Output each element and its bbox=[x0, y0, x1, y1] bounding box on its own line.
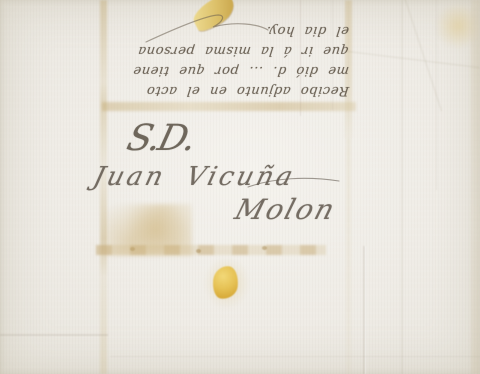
stain-speckle bbox=[196, 249, 201, 253]
letter-scan: Recibo adjunto en el acto me dió d. ... … bbox=[0, 0, 480, 374]
note-line: Recibo adjunto en el acto bbox=[102, 80, 350, 100]
recipient-flourish bbox=[246, 172, 342, 194]
scan-edge-shading bbox=[471, 0, 480, 374]
ghost-stain-blotch bbox=[106, 204, 192, 256]
fold-stain-right-bottom bbox=[346, 138, 351, 374]
pen-flourish bbox=[140, 12, 270, 48]
paper-crease bbox=[363, 246, 365, 374]
paper-crease bbox=[0, 334, 108, 336]
note-line: me dió d. ... por que tiene bbox=[102, 60, 350, 80]
paper-crease bbox=[110, 356, 480, 357]
paper-crease bbox=[338, 49, 479, 68]
address-place: Molon bbox=[231, 193, 340, 226]
fold-stain-horizontal-top bbox=[102, 102, 356, 111]
address-salutation: S.D. bbox=[123, 118, 199, 159]
stain-speckle bbox=[262, 246, 267, 250]
